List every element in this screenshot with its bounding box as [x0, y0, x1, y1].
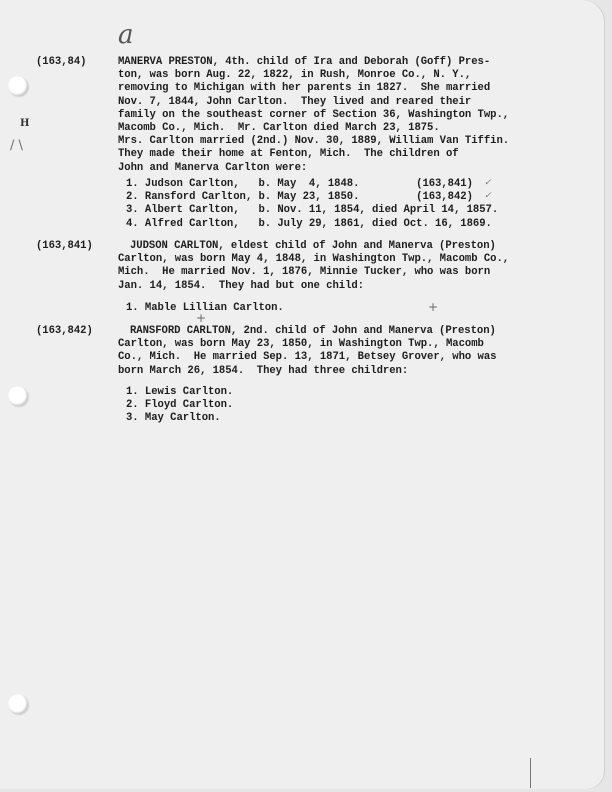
- text-line: RANSFORD CARLTON, 2nd. child of John and…: [118, 325, 496, 338]
- text-line: family on the southeast corner of Sectio…: [118, 109, 509, 122]
- document-page: H / \ a ✓ ✓ + + (163,84) MANERVA PRESTON…: [0, 0, 604, 789]
- entry-id: (163,84): [36, 56, 86, 69]
- text-line: ton, was born Aug. 22, 1822, in Rush, Mo…: [118, 69, 509, 82]
- text-line: Jan. 14, 1854. They had but one child:: [118, 280, 509, 293]
- text-line: Nov. 7, 1844, John Carlton. They lived a…: [118, 96, 509, 109]
- text-line: Co., Mich. He married Sep. 13, 1871, Bet…: [118, 351, 496, 364]
- text-line: John and Manerva Carlton were:: [118, 162, 509, 175]
- text-line: MANERVA PRESTON, 4th. child of Ira and D…: [118, 56, 509, 69]
- text-line: Mich. He married Nov. 1, 1876, Minnie Tu…: [118, 266, 509, 279]
- text-line: born March 26, 1854. They had three chil…: [118, 365, 496, 378]
- text-line: They made their home at Fenton, Mich. Th…: [118, 148, 509, 161]
- list-item: 4. Alfred Carlton, b. July 29, 1861, die…: [118, 218, 498, 231]
- children-list: 1. Mable Lillian Carlton.: [118, 302, 284, 315]
- list-item: 3. May Carlton.: [118, 412, 233, 425]
- list-item: 2. Ransford Carlton, b. May 23, 1850. (1…: [118, 191, 498, 204]
- text-line: Macomb Co., Mich. Mr. Carlton died March…: [118, 122, 509, 135]
- binder-hole: [8, 76, 28, 96]
- text-line: Carlton, was born May 23, 1850, in Washi…: [118, 338, 496, 351]
- children-list: 1. Lewis Carlton.2. Floyd Carlton.3. May…: [118, 386, 233, 426]
- entry-paragraph: JUDSON CARLTON, eldest child of John and…: [118, 240, 509, 293]
- list-item: 2. Floyd Carlton.: [118, 399, 233, 412]
- entry-paragraph: RANSFORD CARLTON, 2nd. child of John and…: [118, 325, 496, 378]
- margin-slash-marks: / \: [10, 138, 23, 153]
- text-line: Mrs. Carlton married (2nd.) Nov. 30, 188…: [118, 135, 509, 148]
- pencil-line: [530, 758, 531, 788]
- handwritten-annotation: a: [118, 20, 134, 50]
- entry-id: (163,842): [36, 325, 93, 338]
- margin-h-mark: H: [20, 118, 29, 129]
- list-item: 3. Albert Carlton, b. Nov. 11, 1854, die…: [118, 204, 498, 217]
- entry-id: (163,841): [36, 240, 93, 253]
- binder-hole: [8, 694, 28, 714]
- list-item: 1. Mable Lillian Carlton.: [118, 302, 284, 315]
- list-item: 1. Lewis Carlton.: [118, 386, 233, 399]
- children-list: 1. Judson Carlton, b. May 4, 1848. (163,…: [118, 178, 498, 231]
- list-item: 1. Judson Carlton, b. May 4, 1848. (163,…: [118, 178, 498, 191]
- entry-paragraph: MANERVA PRESTON, 4th. child of Ira and D…: [118, 56, 509, 175]
- pencil-cross: +: [428, 300, 438, 314]
- text-line: removing to Michigan with her parents in…: [118, 82, 509, 95]
- text-line: Carlton, was born May 4, 1848, in Washin…: [118, 253, 509, 266]
- binder-hole: [8, 386, 28, 406]
- text-line: JUDSON CARLTON, eldest child of John and…: [118, 240, 509, 253]
